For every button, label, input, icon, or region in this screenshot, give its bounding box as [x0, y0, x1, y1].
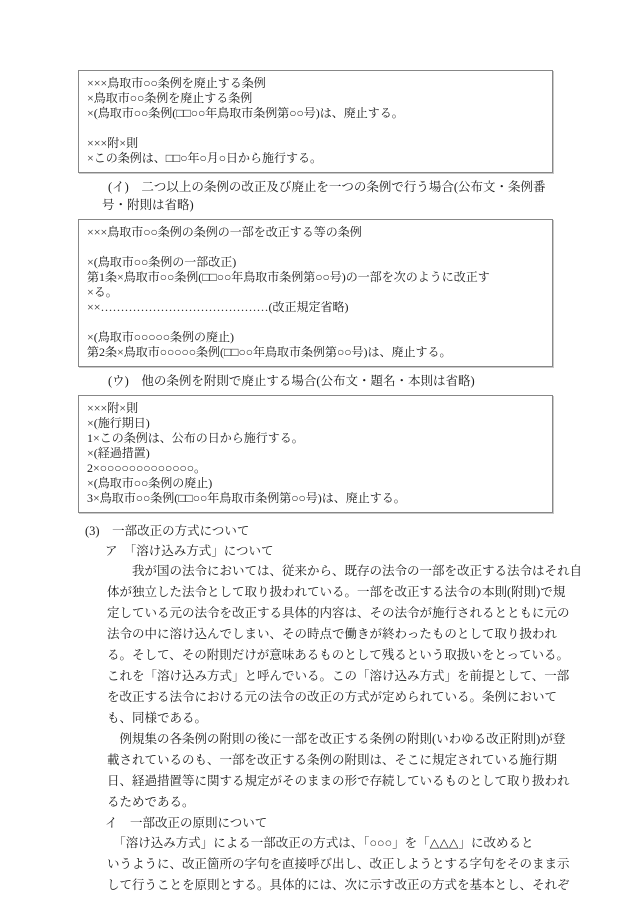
- caption-item-i: (イ) 二つ以上の条例の改正及び廃止を一つの条例で行う場合(公布文・条例番 号・…: [78, 178, 553, 214]
- heading-item3: (3) 一部改正の方式について: [78, 521, 553, 541]
- paragraph-line: して行うことを原則とする。具体的には、次に示す改正の方式を基本とし、それぞ: [78, 875, 553, 896]
- example-box-supplementary-repeal: ×××附×則×(施行期日)1×この条例は、公布の日から施行する。×(経過措置)2…: [78, 395, 553, 513]
- box-line: ×る。: [87, 285, 544, 300]
- box-line: ×××鳥取市○○条例の条例の一部を改正する等の条例: [87, 225, 544, 240]
- caption-line: (ウ) 他の条例を附則で廃止する場合(公布文・題名・本則は省略): [78, 372, 553, 390]
- caption-line: 号・附則は省略): [78, 196, 553, 214]
- box-line: [87, 315, 544, 330]
- paragraph-line: も、同様である。: [78, 708, 553, 729]
- box-line: ×(施行期日): [87, 416, 544, 431]
- box-line: [87, 240, 544, 255]
- box-line: ××……………………………………(改正規定省略): [87, 300, 544, 315]
- box-line: ×(鳥取市○○条例の一部改正): [87, 255, 544, 270]
- example-box-repeal-ordinance: ×××鳥取市○○条例を廃止する条例×鳥取市○○条例を廃止する条例×(鳥取市○○条…: [78, 70, 553, 173]
- paragraph-line: これを「溶け込み方式」と呼んでいる。この「溶け込み方式」を前提として、一部: [78, 666, 553, 687]
- page-content: ×××鳥取市○○条例を廃止する条例×鳥取市○○条例を廃止する条例×(鳥取市○○条…: [78, 70, 553, 896]
- box-line: 1×この条例は、公布の日から施行する。: [87, 431, 544, 446]
- box-line: 3×鳥取市○○条例(□□○○年鳥取市条例第○○号)は、廃止する。: [87, 491, 544, 506]
- paragraph-principle: 「溶け込み方式」による一部改正の方式は、「○○○」を「△△△」に改めるというよう…: [78, 833, 553, 896]
- paragraph-line: 体が独立した法令として取り扱われている。一部を改正する法令の本則(附則)で規: [78, 582, 553, 603]
- paragraph-tokekomi: 我が国の法令においては、従来から、既存の法令の一部を改正する法令はそれ自体が独立…: [78, 561, 553, 813]
- box-line: 2×○○○○○○○○○○○○○。: [87, 461, 544, 476]
- paragraph-line: るためである。: [78, 792, 553, 813]
- paragraph-line: 日、経過措置等に関する規定がそのままの形で存続しているものとして取り扱われ: [78, 771, 553, 792]
- box-line: ×(鳥取市○○条例の廃止): [87, 476, 544, 491]
- paragraph-line: 定している元の法令を改正する具体的内容は、その法令が施行されるとともに元の: [78, 603, 553, 624]
- paragraph-line: を改正する法令における元の法令の改正の方式が定められている。条例において: [78, 687, 553, 708]
- paragraph-line: 法令の中に溶け込んでしまい、その時点で働きが終わったものとして取り扱われ: [78, 624, 553, 645]
- box-line: 第1条×鳥取市○○条例(□□○○年鳥取市条例第○○号)の一部を次のように改正す: [87, 270, 544, 285]
- paragraph-line: 載されているのも、一部を改正する条例の附則は、そこに規定されている施行期: [78, 750, 553, 771]
- box-line: ×××鳥取市○○条例を廃止する条例: [87, 76, 544, 91]
- box-line: ×××附×則: [87, 136, 544, 151]
- heading-sub-a: ア 「溶け込み方式」について: [78, 541, 553, 561]
- caption-item-u: (ウ) 他の条例を附則で廃止する場合(公布文・題名・本則は省略): [78, 372, 553, 390]
- heading-sub-i: イ 一部改正の原則について: [78, 813, 553, 833]
- example-box-amend-and-repeal: ×××鳥取市○○条例の条例の一部を改正する等の条例×(鳥取市○○条例の一部改正)…: [78, 219, 553, 367]
- document-page: ×××鳥取市○○条例を廃止する条例×鳥取市○○条例を廃止する条例×(鳥取市○○条…: [0, 0, 630, 903]
- paragraph-line: いうように、改正箇所の字句を直接呼び出し、改正しようとする字句をそのまま示: [78, 854, 553, 875]
- paragraph-line: 我が国の法令においては、従来から、既存の法令の一部を改正する法令はそれ自: [78, 561, 553, 582]
- box-line: ×(鳥取市○○条例(□□○○年鳥取市条例第○○号)は、廃止する。: [87, 106, 544, 121]
- caption-line: (イ) 二つ以上の条例の改正及び廃止を一つの条例で行う場合(公布文・条例番: [78, 178, 553, 196]
- box-line: ×(経過措置): [87, 446, 544, 461]
- box-line: ×××附×則: [87, 401, 544, 416]
- box-line: ×(鳥取市○○○○○条例の廃止): [87, 330, 544, 345]
- paragraph-line: 「溶け込み方式」による一部改正の方式は、「○○○」を「△△△」に改めると: [78, 833, 553, 854]
- box-line: [87, 121, 544, 136]
- paragraph-line: 例規集の各条例の附則の後に一部を改正する条例の附則(いわゆる改正附則)が登: [78, 729, 553, 750]
- box-line: ×鳥取市○○条例を廃止する条例: [87, 91, 544, 106]
- box-line: ×この条例は、□□○年○月○日から施行する。: [87, 151, 544, 166]
- paragraph-line: る。そして、その附則だけが意味あるものとして残るという取扱いをとっている。: [78, 645, 553, 666]
- box-line: 第2条×鳥取市○○○○○条例(□□○○年鳥取市条例第○○号)は、廃止する。: [87, 345, 544, 360]
